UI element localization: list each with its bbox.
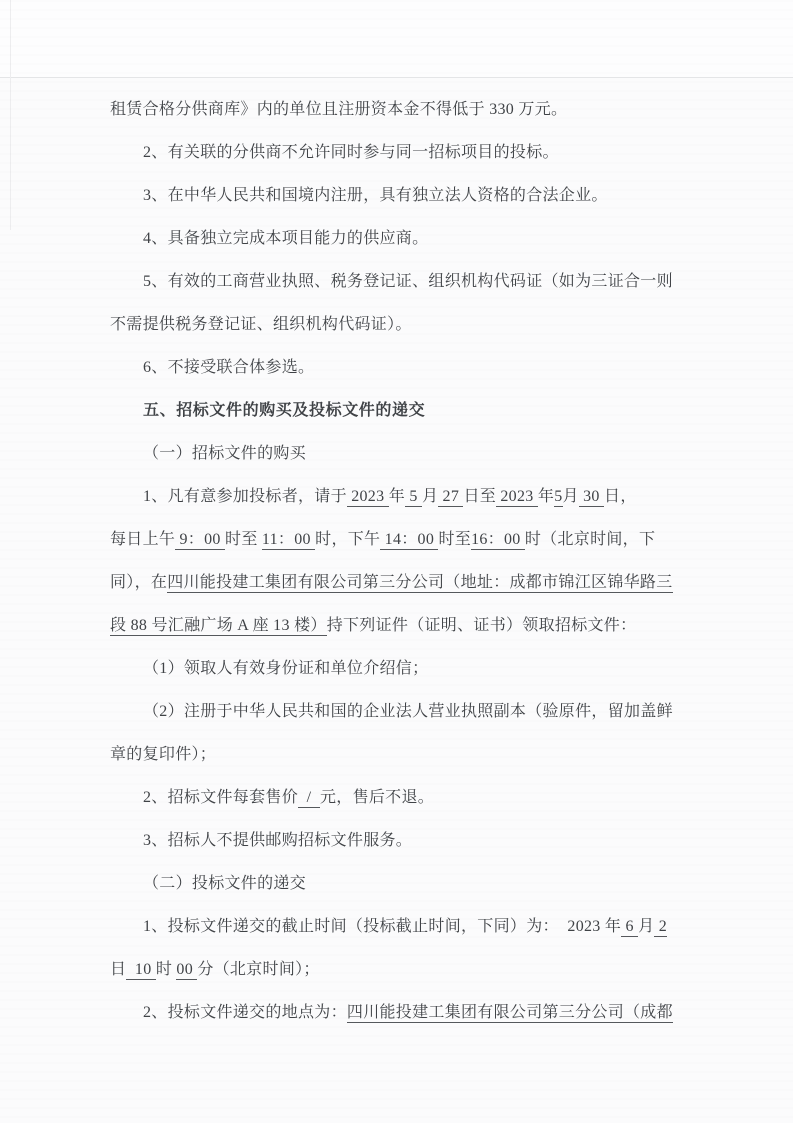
document-line: 每日上午 9：00 时至 11：00 时，下午 14：00 时至16：00 时（… xyxy=(110,518,720,561)
text-segment: 时至 xyxy=(225,531,262,548)
document-line: 2、招标文件每套售价 / 元，售后不退。 xyxy=(110,776,720,819)
document-line: 5、有效的工商营业执照、税务登记证、组织机构代码证（如为三证合一则 xyxy=(110,260,720,303)
section-heading: 五、招标文件的购买及投标文件的递交 xyxy=(110,389,720,432)
underlined-text: 16：00 xyxy=(471,531,525,550)
text-segment: 每日上午 xyxy=(110,531,175,548)
underlined-text: 00 xyxy=(176,961,197,980)
text-segment: 时，下午 xyxy=(315,531,380,548)
document-line: 3、在中华人民共和国境内注册，具有独立法人资格的合法企业。 xyxy=(110,174,720,217)
text-segment: 2、有关联的分供商不允许同时参与同一招标项目的投标。 xyxy=(143,144,559,161)
text-segment: 时至 xyxy=(438,531,471,548)
scan-edge-vline xyxy=(10,0,11,230)
text-segment: 1、凡有意参加投标者，请于 xyxy=(143,488,347,505)
document-line: 不需提供税务登记证、组织机构代码证）。 xyxy=(110,303,720,346)
document-line: （1）领取人有效身份证和单位介绍信； xyxy=(110,647,720,690)
text-segment: 日 xyxy=(110,961,126,978)
text-segment: （二）投标文件的递交 xyxy=(143,875,306,892)
text-segment: 3、招标人不提供邮购招标文件服务。 xyxy=(143,832,412,849)
text-segment: 5、有效的工商营业执照、税务登记证、组织机构代码证（如为三证合一则 xyxy=(143,273,673,290)
document-line: （二）投标文件的递交 xyxy=(110,862,720,905)
document-line: 4、具备独立完成本项目能力的供应商。 xyxy=(110,217,720,260)
scan-top-strip xyxy=(0,0,793,77)
document-body: 租赁合格分供商库》内的单位且注册资本金不得低于 330 万元。2、有关联的分供商… xyxy=(110,88,720,1034)
text-segment: 不需提供税务登记证、组织机构代码证）。 xyxy=(110,316,412,333)
text-segment: 日， xyxy=(604,488,637,505)
document-line: 日 10 时 00 分（北京时间）； xyxy=(110,948,720,991)
underlined-text: 四川能投建工集团有限公司第三分公司（成都 xyxy=(347,1004,673,1023)
document-line: 1、凡有意参加投标者，请于 2023 年 5 月 27 日至 2023 年5月 … xyxy=(110,475,720,518)
underlined-text: 27 xyxy=(438,488,463,507)
underlined-text: 5 xyxy=(405,488,422,507)
text-segment: 6、不接受联合体参选。 xyxy=(143,359,314,376)
text-segment: 2、投标文件递交的地点为： xyxy=(143,1004,347,1021)
underlined-text: 5 xyxy=(554,488,562,507)
text-segment: 月 xyxy=(638,918,654,935)
document-line: 3、招标人不提供邮购招标文件服务。 xyxy=(110,819,720,862)
document-line: 段 88 号汇融广场 A 座 13 楼）持下列证件（证明、证书）领取招标文件： xyxy=(110,604,720,647)
text-segment: 3、在中华人民共和国境内注册，具有独立法人资格的合法企业。 xyxy=(143,187,608,204)
document-line: 6、不接受联合体参选。 xyxy=(110,346,720,389)
document-line: 租赁合格分供商库》内的单位且注册资本金不得低于 330 万元。 xyxy=(110,88,720,131)
text-segment: 时 xyxy=(156,961,177,978)
text-segment: 租赁合格分供商库》内的单位且注册资本金不得低于 330 万元。 xyxy=(110,101,567,118)
text-segment: 日至 xyxy=(463,488,496,505)
document-line: 2、有关联的分供商不允许同时参与同一招标项目的投标。 xyxy=(110,131,720,174)
text-segment: （1）领取人有效身份证和单位介绍信； xyxy=(143,660,428,677)
underlined-text: 四川能投建工集团有限公司第三分公司（地址：成都市锦江区锦华路三 xyxy=(167,574,672,593)
document-line: 章的复印件）； xyxy=(110,733,720,776)
text-segment: 年 xyxy=(538,488,554,505)
text-segment: 月 xyxy=(563,488,579,505)
document-line: （2）注册于中华人民共和国的企业法人营业执照副本（验原件，留加盖鲜 xyxy=(110,690,720,733)
scan-edge-line xyxy=(0,77,793,78)
text-segment: 月 xyxy=(422,488,438,505)
text-segment: 1、投标文件递交的截止时间（投标截止时间，下同）为： 2023 年 xyxy=(143,918,621,935)
text-segment: 元，售后不退。 xyxy=(320,789,434,806)
underlined-text: 2 xyxy=(654,918,667,937)
text-segment: 同），在 xyxy=(110,574,167,591)
text-segment: （一）招标文件的购买 xyxy=(143,445,306,462)
text-segment: （2）注册于中华人民共和国的企业法人营业执照副本（验原件，留加盖鲜 xyxy=(143,703,673,720)
text-segment: 4、具备独立完成本项目能力的供应商。 xyxy=(143,230,428,247)
text-segment: 2、招标文件每套售价 xyxy=(143,789,298,806)
text-segment: 五、招标文件的购买及投标文件的递交 xyxy=(143,402,425,419)
underlined-text: / xyxy=(298,789,320,808)
underlined-text: 14：00 xyxy=(380,531,438,550)
underlined-text: 6 xyxy=(621,918,638,937)
text-segment: 年 xyxy=(389,488,405,505)
text-segment: 分（北京时间）； xyxy=(197,961,319,978)
underlined-text: 11：00 xyxy=(262,531,315,550)
underlined-text: 段 88 号汇融广场 A 座 13 楼） xyxy=(110,617,327,636)
document-line: 同），在四川能投建工集团有限公司第三分公司（地址：成都市锦江区锦华路三 xyxy=(110,561,720,604)
text-segment: 时（北京时间，下 xyxy=(525,531,655,548)
underlined-text: 10 xyxy=(126,961,156,980)
document-page: 租赁合格分供商库》内的单位且注册资本金不得低于 330 万元。2、有关联的分供商… xyxy=(0,0,793,1123)
underlined-text: 2023 xyxy=(347,488,389,507)
underlined-text: 30 xyxy=(579,488,604,507)
document-line: 2、投标文件递交的地点为：四川能投建工集团有限公司第三分公司（成都 xyxy=(110,991,720,1034)
underlined-text: 2023 xyxy=(496,488,538,507)
text-segment: 持下列证件（证明、证书）领取招标文件： xyxy=(327,617,637,634)
document-line: （一）招标文件的购买 xyxy=(110,432,720,475)
document-line: 1、投标文件递交的截止时间（投标截止时间，下同）为： 2023 年 6 月 2 xyxy=(110,905,720,948)
underlined-text: 9：00 xyxy=(175,531,225,550)
text-segment: 章的复印件）； xyxy=(110,746,216,763)
